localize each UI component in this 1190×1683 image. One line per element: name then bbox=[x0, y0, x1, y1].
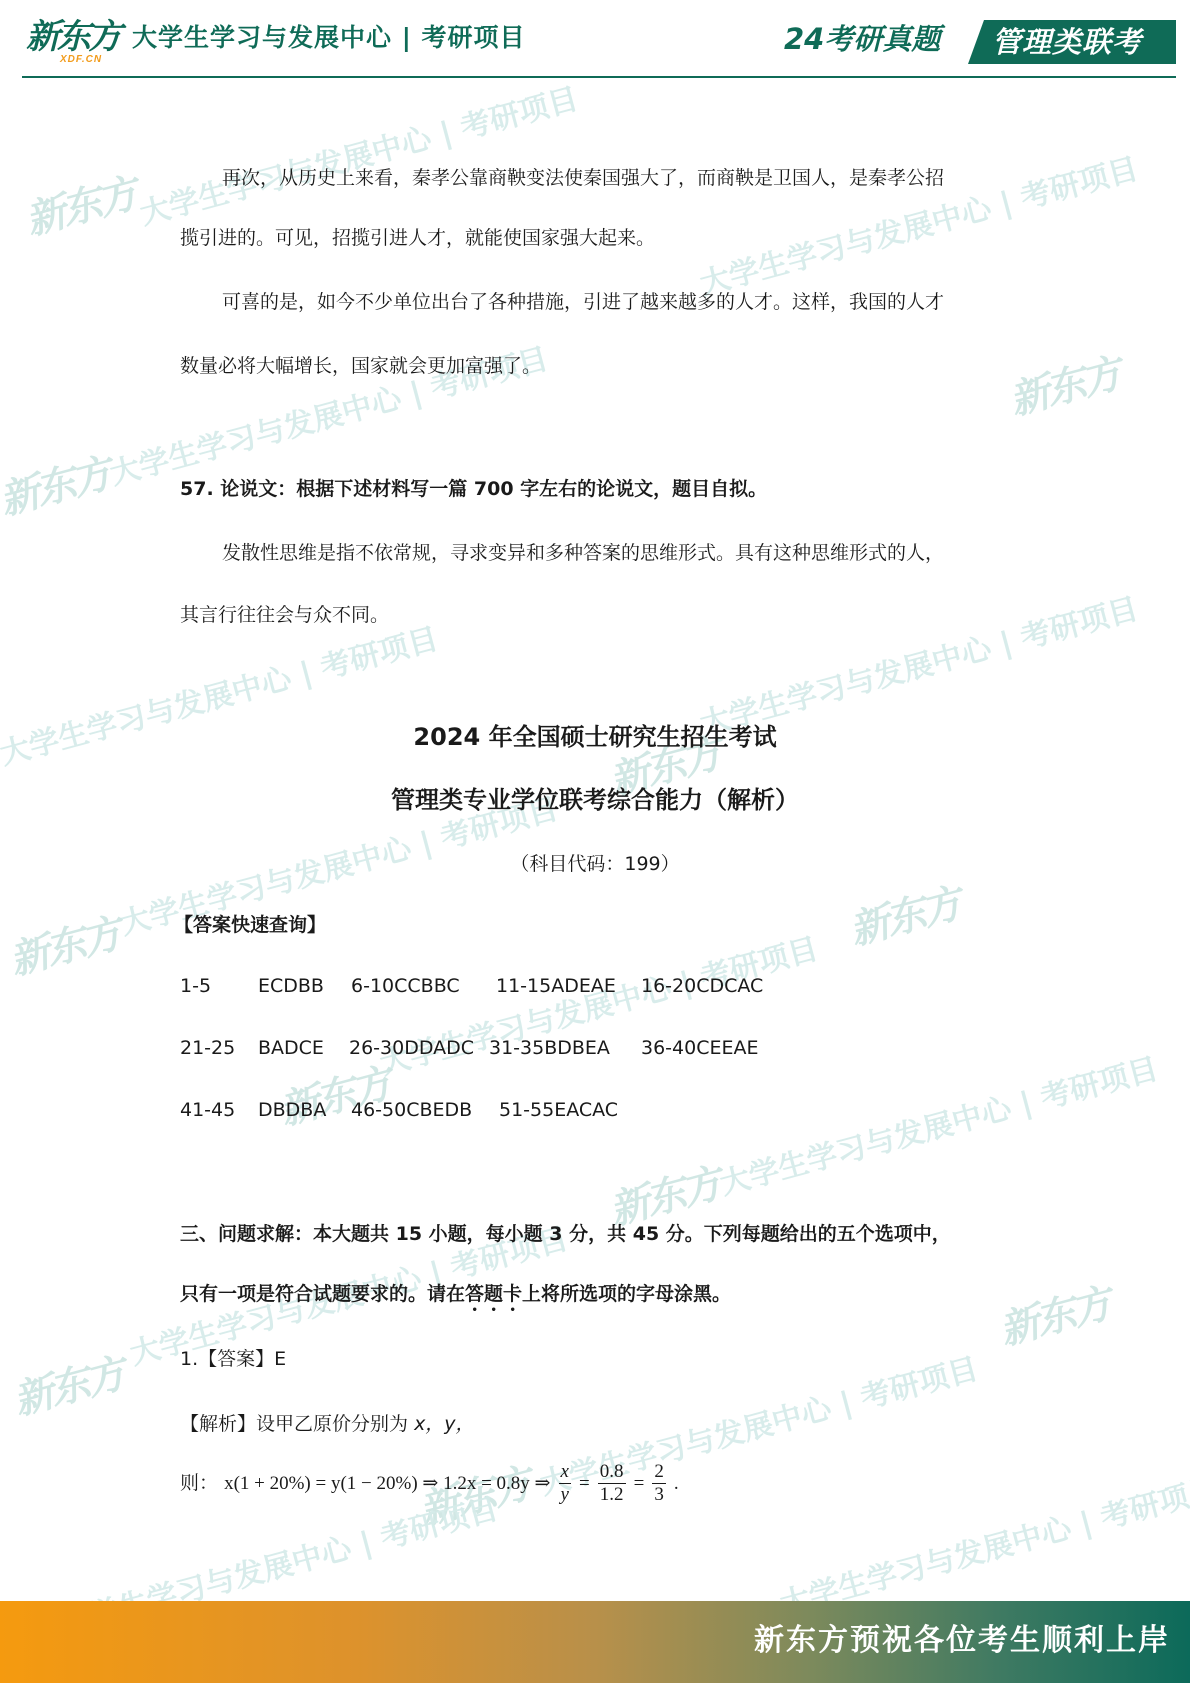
answer-letters: BADCE bbox=[258, 1034, 349, 1062]
equation-left: x(1 + 20%) = y(1 − 20%) ⇒ 1.2x = 0.8y ⇒ bbox=[224, 1473, 550, 1494]
answer-group: 51-55EACAC bbox=[499, 1096, 618, 1124]
footer-slogan: 新东方预祝各位考生顺利上岸 bbox=[754, 1621, 1170, 1661]
watermark-logo: 新东方 bbox=[7, 1342, 129, 1426]
answer-group: 6-10CCBBC bbox=[351, 972, 496, 1000]
page-header: 新东方 XDF.CN 大学生学习与发展中心 | 考研项目 24考研真题 管理类联… bbox=[0, 0, 1190, 80]
denominator: 1.2 bbox=[598, 1484, 626, 1506]
analysis-label: 【解析】设甲乙原价分别为 bbox=[180, 1413, 408, 1435]
variables: x，y， bbox=[414, 1413, 475, 1435]
essay-paragraph: 再次，从历史上来看，秦孝公靠商鞅变法使秦国强大了，而商鞅是卫国人，是秦孝公招 bbox=[180, 164, 1052, 192]
watermark-logo: 新东方 bbox=[19, 162, 141, 246]
header-year-label: 24考研真题 bbox=[784, 22, 940, 56]
then-label: 则： bbox=[180, 1472, 218, 1494]
header-center-title: 大学生学习与发展中心 | 考研项目 bbox=[132, 22, 526, 54]
equals-sign: = bbox=[634, 1473, 645, 1494]
logo-sub-text: XDF.CN bbox=[60, 54, 102, 65]
answer-range: 1-5 bbox=[180, 972, 258, 1000]
answer-group: 26-30DDADC bbox=[349, 1034, 489, 1062]
instruction-text: 上将所选项的字母涂黑。 bbox=[522, 1283, 731, 1305]
numerator: 2 bbox=[652, 1461, 666, 1484]
section-3-instructions: 只有一项是符合试题要求的。请在答题卡上将所选项的字母涂黑。 bbox=[180, 1280, 1010, 1316]
watermark-logo: 新东方 bbox=[1003, 342, 1125, 426]
question-57-prompt: 57. 论说文：根据下述材料写一篇 700 字左右的论说文，题目自拟。 bbox=[180, 475, 1010, 503]
header-tag-label: 管理类联考 bbox=[992, 24, 1142, 60]
answer-range: 41-45 bbox=[180, 1096, 258, 1124]
answer-row: 41-45DBDBA46-50CBEDB51-55EACAC bbox=[180, 1096, 1010, 1124]
answer-group: 11-15ADEAE bbox=[496, 972, 641, 1000]
fraction-0.8-over-1.2: 0.81.2 bbox=[598, 1461, 626, 1506]
header-divider bbox=[22, 76, 1176, 78]
question-57-material: 发散性思维是指不依常规，寻求变异和多种答案的思维形式。具有这种思维形式的人， bbox=[180, 539, 1052, 567]
answer-row: 21-25BADCE26-30DDADC31-35BDBEA36-40CEEAE bbox=[180, 1034, 1010, 1062]
essay-paragraph: 可喜的是，如今不少单位出台了各种措施，引进了越来越多的人才。这样，我国的人才 bbox=[180, 288, 1052, 316]
page-footer-banner: 新东方预祝各位考生顺利上岸 bbox=[0, 1601, 1190, 1683]
denominator: y bbox=[559, 1484, 571, 1506]
fraction-x-over-y: xy bbox=[559, 1461, 571, 1506]
watermark-logo: 新东方 bbox=[993, 1272, 1115, 1356]
subject-code: （科目代码：199） bbox=[0, 850, 1190, 878]
emphasized-text: 答题卡 bbox=[465, 1283, 522, 1305]
quick-lookup-label: 【答案快速查询】 bbox=[174, 911, 1004, 939]
section-3-instructions: 三、问题求解：本大题共 15 小题，每小题 3 分，共 45 分。下列每题给出的… bbox=[180, 1220, 1010, 1248]
answer-range: 21-25 bbox=[180, 1034, 258, 1062]
period: . bbox=[674, 1473, 679, 1494]
xdf-logo: 新东方 XDF.CN bbox=[26, 18, 126, 68]
essay-paragraph: 揽引进的。可见，招揽引进人才，就能使国家强大起来。 bbox=[180, 224, 1010, 252]
exam-title: 2024 年全国硕士研究生招生考试 bbox=[0, 723, 1190, 751]
answer-letters: ECDBB bbox=[258, 972, 351, 1000]
answer-letters: DBDBA bbox=[258, 1096, 351, 1124]
exam-subtitle: 管理类专业学位联考综合能力（解析） bbox=[0, 786, 1190, 814]
question-57-material: 其言行往往会与众不同。 bbox=[180, 601, 1010, 629]
watermark-logo: 新东方 bbox=[3, 902, 125, 986]
answer-group: 16-20CDCAC bbox=[641, 972, 763, 1000]
fraction-2-over-3: 23 bbox=[652, 1461, 666, 1506]
watermark-logo: 新东方 bbox=[0, 442, 115, 526]
numerator: x bbox=[559, 1461, 571, 1484]
denominator: 3 bbox=[652, 1484, 666, 1506]
answer-group: 36-40CEEAE bbox=[641, 1034, 759, 1062]
essay-paragraph: 数量必将大幅增长，国家就会更加富强了。 bbox=[180, 352, 1010, 380]
numerator: 0.8 bbox=[598, 1461, 626, 1484]
answer-row: 1-5ECDBB6-10CCBBC11-15ADEAE16-20CDCAC bbox=[180, 972, 1010, 1000]
question-1-equation: 则： x(1 + 20%) = y(1 − 20%) ⇒ 1.2x = 0.8y… bbox=[180, 1458, 1010, 1509]
question-1-analysis: 【解析】设甲乙原价分别为 x，y， bbox=[180, 1410, 1010, 1438]
header-tag-badge: 管理类联考 bbox=[968, 20, 1176, 64]
question-1-answer: 1.【答案】E bbox=[180, 1345, 1010, 1373]
answer-group: 31-35BDBEA bbox=[489, 1034, 641, 1062]
instruction-text: 只有一项是符合试题要求的。请在 bbox=[180, 1283, 465, 1305]
answer-group: 46-50CBEDB bbox=[351, 1096, 499, 1124]
equals-sign: = bbox=[579, 1473, 590, 1494]
logo-main-text: 新东方 bbox=[26, 18, 119, 56]
watermark-text: 大学生学习与发展中心 | 考研项目 bbox=[134, 74, 582, 233]
